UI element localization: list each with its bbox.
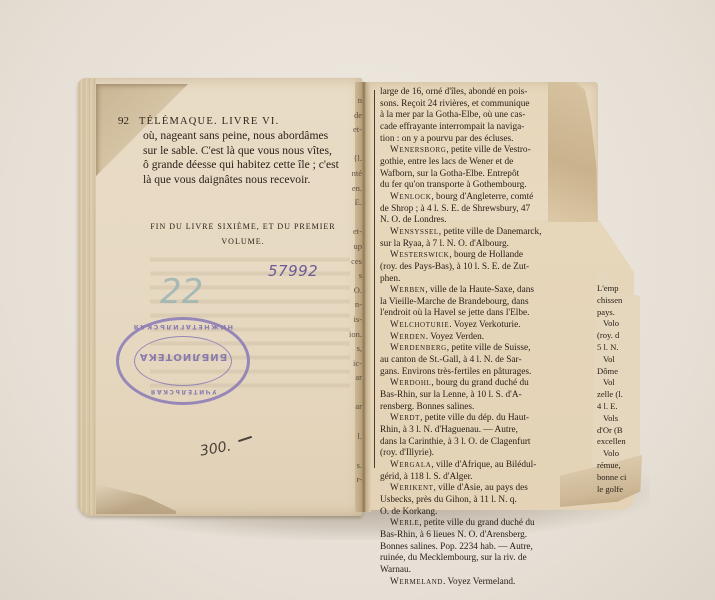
fragment: l. <box>340 429 362 444</box>
fragment-line: chissen <box>597 295 637 307</box>
entry-headword: Werle <box>390 518 419 528</box>
entry-wensyssel: Wensyssel, petite ville de Danemarck, su… <box>380 227 560 250</box>
fragment: et- <box>340 122 362 137</box>
fragment-line: rémue, <box>597 460 637 472</box>
entry-headword: Werdohl <box>390 378 431 388</box>
entry-line: , petite ville du dép. du Haut- <box>420 413 529 423</box>
entry-werdohl: Werdohl, bourg du grand duché du Bas-Rhi… <box>380 378 560 413</box>
entry-line: large de 16, orné d'îles, abondé en pois… <box>380 87 560 99</box>
entry-line: , bourg d'Angleterre, comté <box>431 192 533 202</box>
entry-line: , bourg du grand duché du <box>431 378 528 388</box>
entry-line: , ville d'Asie, au pays des <box>434 483 528 493</box>
fragment <box>340 414 362 429</box>
fragment-line: Volo <box>597 318 637 330</box>
fragment: s <box>340 268 362 283</box>
text-line: là que vous daignâtes nous recevoir. <box>143 173 348 188</box>
fragment: ic- <box>340 356 362 371</box>
end-note-line: VOLUME. <box>143 234 343 249</box>
stamp-center-text: БИБЛИОТЕКА <box>129 351 237 362</box>
entry-werden: Werden. Voyez Verden. <box>380 332 560 344</box>
entry-headword: Wermeland <box>390 577 443 587</box>
fragment: O. <box>340 283 362 298</box>
fragment-line: Volo <box>597 448 637 460</box>
entry-line: . Voyez Verden. <box>426 332 484 342</box>
stamp-bottom-text: УЧИТЕЛЬСКАЯ <box>133 388 233 395</box>
entry-line: tion : on y a pourvu par des écluses. <box>380 134 560 146</box>
fragment: ar <box>340 399 362 414</box>
entry-wenersborg: Wenersborg, petite ville de Vestro- goth… <box>380 145 560 192</box>
torn-fragment-text: L'emp chissen pays. Volo (roy. d 5 l. N.… <box>597 283 637 495</box>
entry-line: l'endroit où la Havel se jette dans l'El… <box>380 308 560 320</box>
entry-headword: Werdt <box>390 413 420 423</box>
fragment: de <box>340 108 362 123</box>
entry-line: gothie, entre les lacs de Wener et de <box>380 157 560 169</box>
entry-werle: Werle, petite ville du grand duché du Ba… <box>380 518 560 576</box>
entry-line: , petite ville de Suisse, <box>447 343 531 353</box>
entry-line: gérid, à 118 l. S. d'Alger. <box>380 472 560 484</box>
fragment-line: bonne ci <box>597 472 637 484</box>
fragment: is- <box>340 312 362 327</box>
entry-line: Bas-Rhin, à 6 lieues N. O. d'Arensberg. <box>380 530 560 542</box>
fragment-line: zelle (l. <box>597 389 637 401</box>
fragment-line: 4 l. E. <box>597 401 637 413</box>
fragment: s, <box>340 341 362 356</box>
running-head: 92TÉLÉMAQUE. LIVRE VI. <box>118 115 338 127</box>
fragment: n- <box>340 297 362 312</box>
fragment <box>340 210 362 225</box>
entry-line: N. O. de Londres. <box>380 215 560 227</box>
fragment: r- <box>340 472 362 487</box>
fragment: E. <box>340 195 362 210</box>
entry-line: dans la Carinthie, à 3 l. O. de Clagenfu… <box>380 437 560 449</box>
entry-headword: Wensyssel <box>390 227 439 237</box>
entry-line: gans. Environs très-fertiles en pâturage… <box>380 367 560 379</box>
entry-welchoturie: Welchoturie. Voyez Verkoturie. <box>380 320 560 332</box>
entry-wenlock: Wenlock, bourg d'Angleterre, comté de Sh… <box>380 192 560 227</box>
entry-line: , ville de la Haute-Saxe, dans <box>425 285 534 295</box>
fragment-line: Dôme <box>597 366 637 378</box>
entry-line: (roy. des Pays-Bas), à 10 l. S. E. de Zu… <box>380 262 560 274</box>
fragment-line: pays. <box>597 307 637 319</box>
fragment-line: le golfe <box>597 484 637 496</box>
entry-headword: Werden <box>390 332 426 342</box>
entry-line: . Voyez Vermeland. <box>443 577 515 587</box>
entry-continued: large de 16, orné d'îles, abondé en pois… <box>380 87 560 145</box>
entry-line: à la mer par la Gotha-Elbe, où une cas- <box>380 110 560 122</box>
library-stamp: НИЖНЕТАГИЛЬСКАЯ БИБЛИОТЕКА УЧИТЕЛЬСКАЯ <box>116 317 250 405</box>
left-page-edges <box>78 78 96 516</box>
fragment-line: excellen <box>597 436 637 448</box>
fragment-line: d'Or (B <box>597 425 637 437</box>
entry-line: Warnau. <box>380 565 560 577</box>
fragment: nté <box>340 166 362 181</box>
entry-werikent: Werikent, ville d'Asie, au pays des Usbe… <box>380 483 560 518</box>
entry-line: au canton de St.-Gall, à 4 l. N. de Sar- <box>380 355 560 367</box>
page-number: 92 <box>118 115 129 127</box>
entry-werben: Werben, ville de la Haute-Saxe, dans la … <box>380 285 560 320</box>
entry-werdt: Werdt, petite ville du dép. du Haut- Rhi… <box>380 413 560 460</box>
entry-headword: Wergala <box>390 460 431 470</box>
entry-headword: Werdenberg <box>390 343 447 353</box>
gazetteer-column: large de 16, orné d'îles, abondé en pois… <box>380 87 560 588</box>
end-of-volume-note: FIN DU LIVRE SIXIÈME, ET DU PREMIER VOLU… <box>143 219 343 249</box>
entry-headword: Werben <box>390 285 425 295</box>
fragment: s. <box>340 458 362 473</box>
entry-wermeland: Wermeland. Voyez Vermeland. <box>380 577 560 589</box>
entry-line: phen. <box>380 274 560 286</box>
fragment: ces <box>340 254 362 269</box>
text-line: sur le sable. C'est là que vous nous vît… <box>143 144 348 159</box>
entry-line: sons. Reçoit 24 rivières, et communique <box>380 99 560 111</box>
entry-line: , petite ville de Vestro- <box>446 145 530 155</box>
entry-wergala: Wergala, ville d'Afrique, au Bilédul- gé… <box>380 460 560 483</box>
fragment-line: (roy. d <box>597 330 637 342</box>
fragment: ion. <box>340 327 362 342</box>
entry-headword: Westerswick <box>390 250 449 260</box>
entry-line: du fer qu'on transporte à Gothembourg. <box>380 180 560 192</box>
entry-line: Wafborn, sur la Gotha-Elbe. Entrepôt <box>380 169 560 181</box>
running-head-title: TÉLÉMAQUE. LIVRE VI. <box>139 116 279 127</box>
entry-line: rensberg. Bonnes salines. <box>380 402 560 414</box>
entry-line: Rhin, à 3 l. N. d'Haguenau. — Autre, <box>380 425 560 437</box>
fragment <box>340 443 362 458</box>
fragment: ar <box>340 370 362 385</box>
entry-line: de Shrop ; à 4 l. S. E. de Shrewsbury, 4… <box>380 204 560 216</box>
text-line: où, nageant sans peine, nous abordâmes <box>143 129 348 144</box>
end-note-line: FIN DU LIVRE SIXIÈME, ET DU PREMIER <box>143 219 343 234</box>
entry-westerswick: Westerswick, bourg de Hollande (roy. des… <box>380 250 560 285</box>
entry-line: , bourg de Hollande <box>449 250 523 260</box>
column-rule <box>374 90 375 468</box>
gutter-text-fragments: n de et- {l. nté en. E. et- up ces s O. … <box>340 93 362 487</box>
entry-headword: Wenlock <box>390 192 431 202</box>
fragment-line: Vols <box>597 413 637 425</box>
entry-headword: Werikent <box>390 483 434 493</box>
fragment-line: 5 l. N. <box>597 342 637 354</box>
entry-line: , petite ville du grand duché du <box>419 518 534 528</box>
entry-line: ruinée, du Mecklembourg, sur la riv. de <box>380 553 560 565</box>
entry-line: cade effrayante interrompait la naviga- <box>380 122 560 134</box>
fragment-line: L'emp <box>597 283 637 295</box>
pencil-note: 22 <box>160 272 203 312</box>
fragment-line: Vol <box>597 377 637 389</box>
entry-line: O. de Korkang. <box>380 507 560 519</box>
fragment: n <box>340 93 362 108</box>
entry-line: la Vieille-Marche de Brandebourg, dans <box>380 297 560 309</box>
inventory-number: 57992 <box>268 262 318 280</box>
entry-headword: Welchoturie <box>390 320 449 330</box>
fragment: {l. <box>340 151 362 166</box>
entry-line: Bonnes salines. Pop. 2234 hab. — Autre, <box>380 542 560 554</box>
entry-line: Usbecks, près du Gihon, à 11 l. N. q. <box>380 495 560 507</box>
entry-line: (roy. d'Illyrie). <box>380 448 560 460</box>
text-line: ô grande déesse qui habitez cette île ; … <box>143 158 348 173</box>
entry-line: . Voyez Verkoturie. <box>449 320 520 330</box>
fragment: et- <box>340 224 362 239</box>
fragment: en. <box>340 181 362 196</box>
left-page-text: où, nageant sans peine, nous abordâmes s… <box>143 129 348 187</box>
stamp-outer-text: НИЖНЕТАГИЛЬСКАЯ <box>133 323 233 331</box>
entry-line: , petite ville de Danemarck, <box>439 227 542 237</box>
entry-line: , ville d'Afrique, au Bilédul- <box>431 460 536 470</box>
fragment <box>340 137 362 152</box>
fragment-line: Vol <box>597 354 637 366</box>
entry-headword: Wenersborg <box>390 145 446 155</box>
fragment: up <box>340 239 362 254</box>
entry-line: sur la Ryaa, à 7 l. N. O. d'Albourg. <box>380 239 560 251</box>
fragment <box>340 385 362 400</box>
entry-line: Bas-Rhin, sur la Lenne, à 10 l. S. d'A- <box>380 390 560 402</box>
entry-werdenberg: Werdenberg, petite ville de Suisse, au c… <box>380 343 560 378</box>
